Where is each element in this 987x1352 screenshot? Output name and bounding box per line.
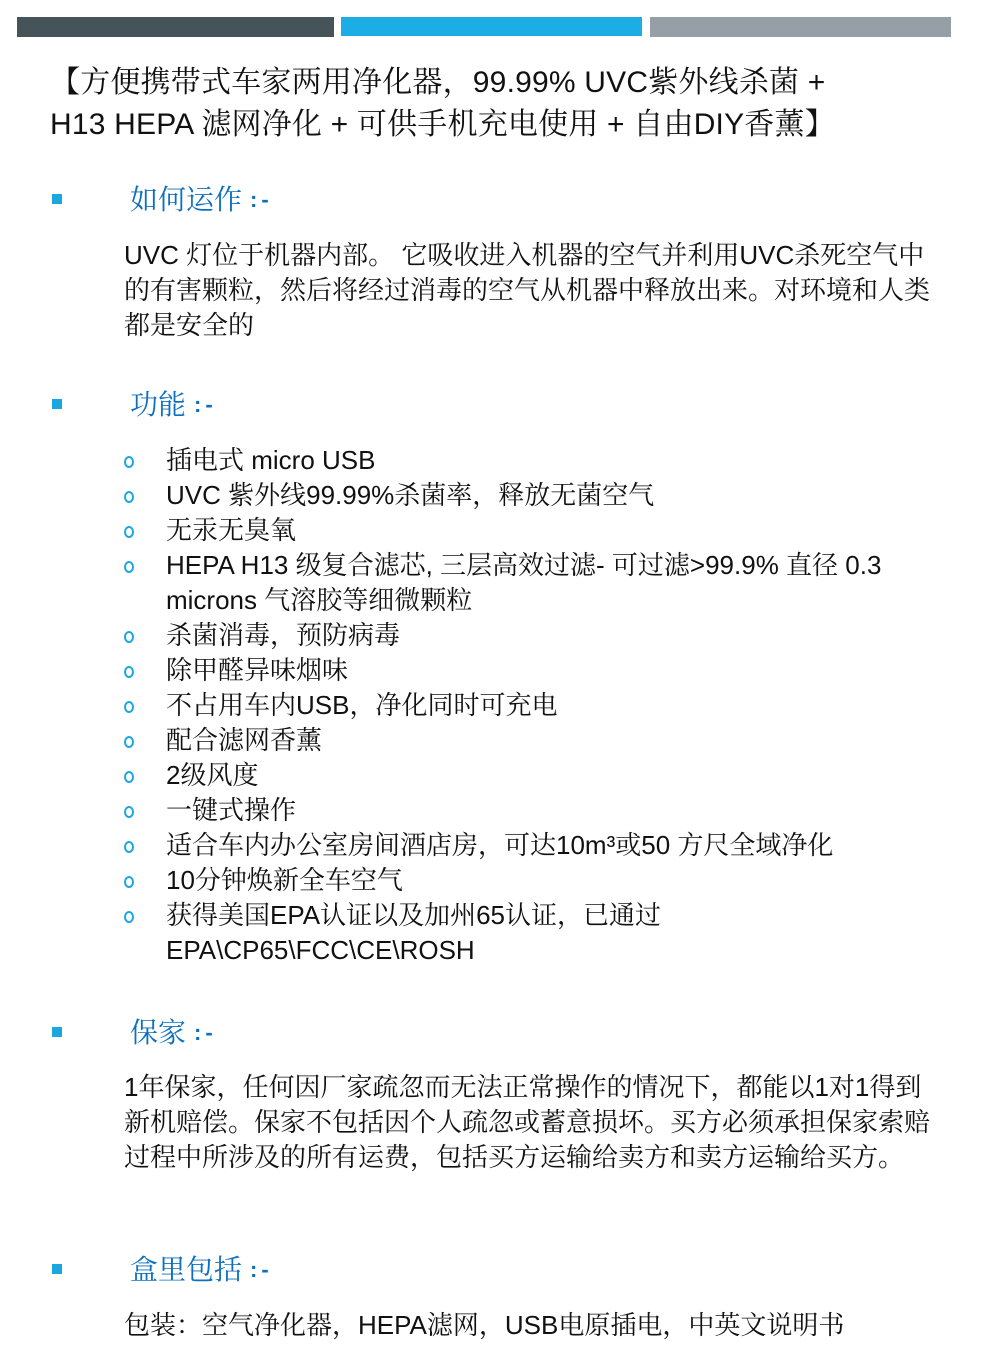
list-item: 获得美国EPA认证以及加州65认证，已通过 EPA\CP65\FCC\CE\RO…: [124, 898, 944, 968]
how-it-works-paragraph: UVC 灯位于机器内部。 它吸收进入机器的空气并利用UVC杀死空气中的有害颗粒，…: [124, 238, 944, 343]
section-heading-suffix: :-: [194, 392, 217, 418]
circle-bullet-icon: [124, 491, 134, 503]
circle-bullet-icon: [124, 666, 134, 678]
list-item: 适合车内办公室房间酒店房，可达10m³或50 方尺全域净化: [124, 828, 944, 863]
section-header-in-the-box: 盒里包括 :-: [52, 1250, 273, 1290]
section-heading-suffix: :-: [250, 1257, 273, 1283]
circle-bullet-icon: [124, 876, 134, 888]
in-the-box-paragraph: 包装：空气净化器，HEPA滤网，USB电原插电，中英文说明书: [124, 1308, 944, 1343]
section-header-warranty: 保家 :-: [52, 1013, 217, 1053]
section-heading: 如何运作: [130, 180, 242, 220]
product-title: 【方便携带式车家两用净化器，99.99% UVC紫外线杀菌 + H13 HEPA…: [50, 62, 950, 146]
circle-bullet-icon: [124, 736, 134, 748]
circle-bullet-icon: [124, 701, 134, 713]
circle-bullet-icon: [124, 911, 134, 923]
list-item: HEPA H13 级复合滤芯, 三层高效过滤- 可过滤>99.9% 直径 0.3…: [124, 548, 944, 618]
section-heading-suffix: :-: [250, 187, 273, 213]
list-item: 一键式操作: [124, 793, 944, 828]
list-item: 2级风度: [124, 758, 944, 793]
bar-grey: [650, 17, 951, 37]
circle-bullet-icon: [124, 841, 134, 853]
bar-dark: [17, 17, 334, 37]
title-line-2: H13 HEPA 滤网净化 + 可供手机充电使用 + 自由DIY香薰】: [50, 104, 950, 146]
warranty-paragraph: 1年保家，任何因厂家疏忽而无法正常操作的情况下，都能以1对1得到新机赔偿。保家不…: [124, 1070, 944, 1175]
section-heading-suffix: :-: [194, 1020, 217, 1046]
section-heading: 功能: [130, 385, 186, 425]
top-decorative-bars: [17, 17, 954, 37]
circle-bullet-icon: [124, 561, 134, 573]
square-bullet-icon: [52, 1264, 62, 1274]
list-item: 插电式 micro USB: [124, 443, 944, 478]
features-list: 插电式 micro USB UVC 紫外线99.99%杀菌率，释放无菌空气 无汞…: [124, 443, 944, 968]
square-bullet-icon: [52, 194, 62, 204]
list-item: 10分钟焕新全车空气: [124, 863, 944, 898]
square-bullet-icon: [52, 1027, 62, 1037]
list-item: 配合滤网香薰: [124, 723, 944, 758]
circle-bullet-icon: [124, 526, 134, 538]
circle-bullet-icon: [124, 456, 134, 468]
section-heading: 保家: [130, 1013, 186, 1053]
section-header-how-it-works: 如何运作 :-: [52, 180, 273, 220]
list-item: 不占用车内USB，净化同时可充电: [124, 688, 944, 723]
section-heading: 盒里包括: [130, 1250, 242, 1290]
circle-bullet-icon: [124, 631, 134, 643]
square-bullet-icon: [52, 399, 62, 409]
circle-bullet-icon: [124, 771, 134, 783]
list-item: UVC 紫外线99.99%杀菌率，释放无菌空气: [124, 478, 944, 513]
bar-blue: [341, 17, 642, 36]
title-line-1: 【方便携带式车家两用净化器，99.99% UVC紫外线杀菌 +: [50, 62, 950, 104]
list-item: 除甲醛异味烟味: [124, 653, 944, 688]
list-item: 无汞无臭氧: [124, 513, 944, 548]
circle-bullet-icon: [124, 806, 134, 818]
list-item: 杀菌消毒，预防病毒: [124, 618, 944, 653]
section-header-features: 功能 :-: [52, 385, 217, 425]
